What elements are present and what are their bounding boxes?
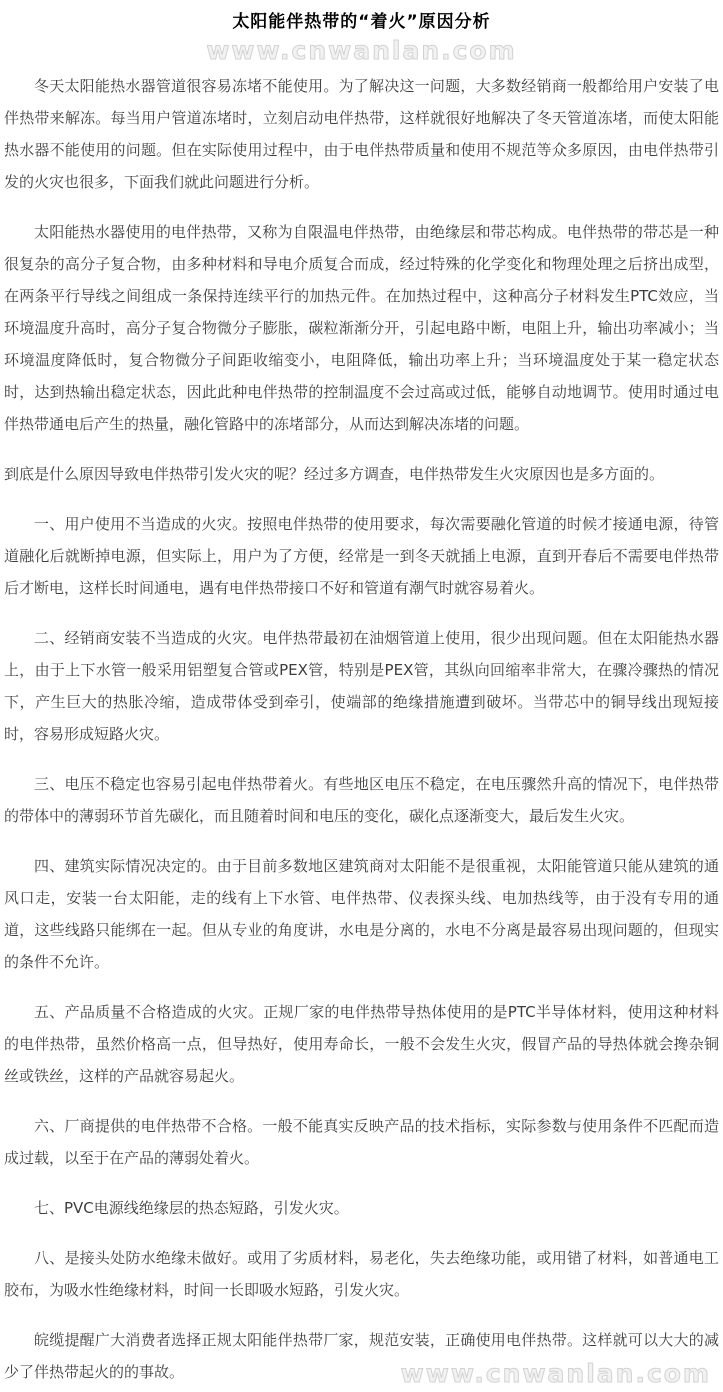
watermark-top: www.cnwanlan.com: [4, 38, 719, 64]
paragraph-cause-5: 五、产品质量不合格造成的火灾。正规厂家的电伴热带导热体使用的是PTC半导体材料，…: [4, 996, 719, 1092]
document-page: 太阳能伴热带的“着火”原因分析 www.cnwanlan.com 冬天太阳能热水…: [0, 0, 723, 1392]
paragraph-intro: 冬天太阳能热水器管道很容易冻堵不能使用。为了解决这一问题，大多数经销商一般都给用…: [4, 70, 719, 198]
paragraph-cause-4: 四、建筑实际情况决定的。由于目前多数地区建筑商对太阳能不是很重视，太阳能管道只能…: [4, 850, 719, 978]
watermark-bottom: www.cnwanlan.com: [401, 1360, 711, 1388]
paragraph-cause-7: 七、PVC电源线绝缘层的热态短路，引发火灾。: [4, 1192, 719, 1224]
paragraph-ptc-principle: 太阳能热水器使用的电伴热带，又称为自限温电伴热带，由绝缘层和带芯构成。电伴热带的…: [4, 216, 719, 440]
paragraph-cause-6: 六、厂商提供的电伴热带不合格。一般不能真实反映产品的技术指标，实际参数与使用条件…: [4, 1110, 719, 1174]
paragraph-cause-1: 一、用户使用不当造成的火灾。按照电伴热带的使用要求，每次需要融化管道的时候才接通…: [4, 508, 719, 604]
paragraph-cause-8: 八、是接头处防水绝缘未做好。或用了劣质材料，易老化，失去绝缘功能，或用错了材料，…: [4, 1242, 719, 1306]
paragraph-question: 到底是什么原因导致电伴热带引发火灾的呢？经过多方调查，电伴热带发生火灾原因也是多…: [4, 458, 719, 490]
paragraph-cause-2: 二、经销商安装不当造成的火灾。电伴热带最初在油烟管道上使用，很少出现问题。但在太…: [4, 622, 719, 750]
page-title: 太阳能伴热带的“着火”原因分析: [4, 10, 719, 34]
paragraph-cause-3: 三、电压不稳定也容易引起电伴热带着火。有些地区电压不稳定，在电压骤然升高的情况下…: [4, 768, 719, 832]
article-body: 冬天太阳能热水器管道很容易冻堵不能使用。为了解决这一问题，大多数经销商一般都给用…: [4, 70, 719, 1388]
